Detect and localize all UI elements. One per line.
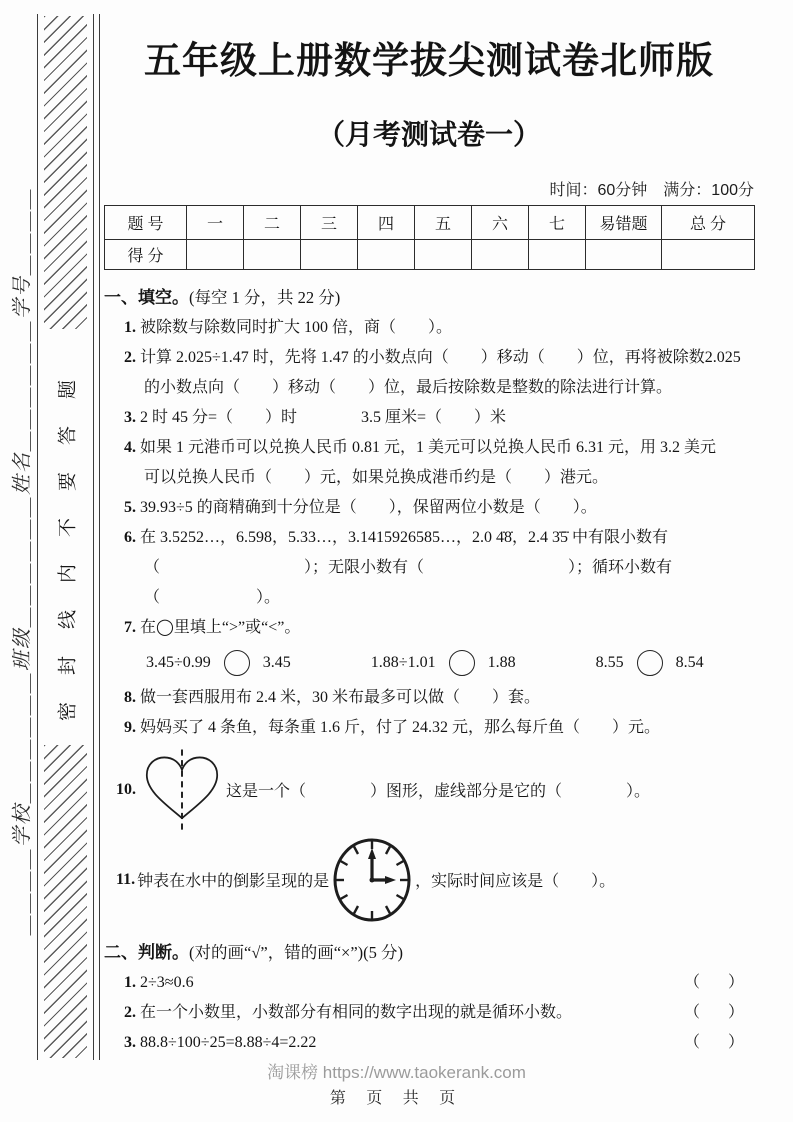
footer-brand: 淘课榜 https://www.taokerank.com (0, 1058, 793, 1083)
judge-q3-number: 3. (124, 1034, 136, 1051)
judge-q1-text: 1. 2÷3≈0.6 (124, 968, 194, 998)
score-header-cell: 五 (415, 205, 472, 239)
footer-page-label: 第 页 共 页 (0, 1085, 793, 1108)
score-header-cell: 三 (301, 205, 358, 239)
compare-circle-2 (449, 650, 475, 676)
q5-text: 39.93÷5 的商精确到十分位是（ ），保留两位小数是（ ）。 (140, 499, 597, 516)
score-cell-empty (662, 239, 755, 269)
score-cell-empty (415, 239, 472, 269)
fill-q4: 4.如果 1 元港币可以兑换人民币 0.81 元，1 美元可以兑换人民币 6.3… (104, 433, 754, 463)
fill-q11: 11. 钟表在水中的倒影呈现的是 (104, 835, 754, 925)
footer: 淘课榜 https://www.taokerank.com 第 页 共 页 (0, 1058, 793, 1108)
q9-number: 9. (124, 719, 140, 736)
q6-text-line2: （ ）；无限小数有（ ）；循环小数有 (144, 559, 672, 576)
judge-q1-number: 1. (124, 974, 136, 991)
q7-comp2-left: 1.88÷1.01 (371, 643, 436, 683)
compare-circle-1 (224, 650, 250, 676)
score-header-cell: 四 (358, 205, 415, 239)
clock-figure (329, 835, 415, 925)
fill-q6: 6.在 3.5252…，6.598，5.33…，3.1415926585…，2.… (104, 523, 754, 553)
judge-q1: 1. 2÷3≈0.6 （ ） (104, 968, 754, 998)
fill-q7: 7.在◯里填上“>”或“<”。 (104, 613, 754, 643)
q3-text: 2 时 45 分=（ ）时 3.5 厘米=（ ）米 (140, 409, 506, 426)
q4-text-line1: 如果 1 元港币可以兑换人民币 0.81 元，1 美元可以兑换人民币 6.31 … (140, 439, 716, 456)
q4-text-line2: 可以兑换人民币（ ）元，如果兑换成港币约是（ ）港元。 (144, 469, 608, 486)
judge-q3-statement: 88.8÷100÷25=8.88÷4=2.22 (140, 1034, 316, 1051)
section2-title: 二、判断。(对的画“√”，错的画“×”)(5 分) (104, 938, 754, 968)
q9-text: 妈妈买了 4 条鱼，每条重 1.6 斤，付了 24.32 元，那么每斤鱼（ ）元… (140, 719, 660, 736)
fill-q10: 10. 这是一个（ ）图形，虚线部分是它的（ ）。 (104, 747, 754, 833)
section2-note: (对的画“√”，错的画“×”)(5 分) (189, 943, 403, 962)
q6-text-line1: 在 3.5252…，6.598，5.33…，3.1415926585…，2.0 … (140, 529, 668, 546)
q10-number: 10. (116, 781, 138, 799)
score-cell-empty (358, 239, 415, 269)
fill-q5: 5.39.93÷5 的商精确到十分位是（ ），保留两位小数是（ ）。 (104, 493, 754, 523)
score-cell-empty (586, 239, 662, 269)
judge-q2-statement: 在一个小数里，小数部分有相同的数字出现的就是循环小数。 (140, 1004, 572, 1021)
q3-number: 3. (124, 409, 140, 426)
q6-text-line3: （ ）。 (144, 589, 280, 606)
time-score-meta: 时间：60分钟 满分：100分 (104, 177, 754, 200)
score-table-header-row: 题 号 一 二 三 四 五 六 七 易错题 总 分 (105, 205, 755, 239)
seal-warning-text: 密封线内不要答题 (52, 353, 79, 721)
q7-intro: 在◯里填上“>”或“<”。 (140, 619, 300, 636)
score-cell-empty (244, 239, 301, 269)
q7-comp3-right: 8.54 (676, 643, 704, 683)
q1-text: 被除数与除数同时扩大 100 倍，商（ ）。 (140, 319, 452, 336)
heart-symmetry-figure (138, 747, 226, 833)
q1-number: 1. (124, 319, 140, 336)
student-info-column: ＿＿＿＿学校＿＿＿＿＿＿班级＿＿＿＿＿＿姓名＿＿＿＿＿＿学号＿＿＿＿ (0, 0, 37, 1122)
judge-q3: 3. 88.8÷100÷25=8.88÷4=2.22 （ ） (104, 1028, 754, 1058)
q6-number: 6. (124, 529, 140, 546)
score-header-cell: 二 (244, 205, 301, 239)
fill-q4-cont: 可以兑换人民币（ ）元，如果兑换成港币约是（ ）港元。 (104, 463, 754, 493)
fill-q1: 1.被除数与除数同时扩大 100 倍，商（ ）。 (104, 313, 754, 343)
score-table-score-row: 得 分 (105, 239, 755, 269)
score-table: 题 号 一 二 三 四 五 六 七 易错题 总 分 得 分 (104, 205, 755, 270)
q4-number: 4. (124, 439, 140, 456)
q11-text-post: ，实际时间应该是（ ）。 (415, 868, 615, 891)
judge-q2-number: 2. (124, 1004, 136, 1021)
q8-number: 8. (124, 689, 140, 706)
fill-q9: 9.妈妈买了 4 条鱼，每条重 1.6 斤，付了 24.32 元，那么每斤鱼（ … (104, 713, 754, 743)
fill-q3: 3.2 时 45 分=（ ）时 3.5 厘米=（ ）米 (104, 403, 754, 433)
seal-band: 密封线内不要答题 (37, 14, 94, 1060)
section2-title-label: 二、判断。 (104, 943, 189, 962)
q7-comp1-left: 3.45÷0.99 (146, 643, 211, 683)
judge-q1-statement: 2÷3≈0.6 (140, 974, 194, 991)
seal-warning-wrap: 密封线内不要答题 (38, 331, 93, 743)
score-header-cell: 一 (187, 205, 244, 239)
hatch-bottom (44, 745, 87, 1058)
paper-title: 五年级上册数学拔尖测试卷北师版 (104, 40, 754, 83)
score-cell-empty (472, 239, 529, 269)
section1-note: (每空 1 分，共 22 分) (189, 288, 340, 307)
q7-number: 7. (124, 619, 140, 636)
q10-text: 这是一个（ ）图形，虚线部分是它的（ ）。 (226, 778, 650, 801)
main-content: 五年级上册数学拔尖测试卷北师版 （月考测试卷一） 时间：60分钟 满分：100分… (104, 0, 754, 1058)
fill-q2-cont: 的小数点向（ ）移动（ ）位，最后按除数是整数的除法进行计算。 (104, 373, 754, 403)
compare-circle-3 (637, 650, 663, 676)
score-header-cell: 易错题 (586, 205, 662, 239)
q7-comp1-right: 3.45 (263, 643, 291, 683)
q7-comp2-right: 1.88 (488, 643, 516, 683)
section1-title-label: 一、填空。 (104, 288, 189, 307)
score-cell-empty (301, 239, 358, 269)
q2-text-line1: 计算 2.025÷1.47 时，先将 1.47 的小数点向（ ）移动（ ）位，再… (140, 349, 741, 366)
hatch-top (44, 16, 87, 329)
q7-comp3-left: 8.55 (596, 643, 624, 683)
q2-text-line2: 的小数点向（ ）移动（ ）位，最后按除数是整数的除法进行计算。 (144, 379, 672, 396)
test-paper-page: ＿＿＿＿学校＿＿＿＿＿＿班级＿＿＿＿＿＿姓名＿＿＿＿＿＿学号＿＿＿＿ 密封线内不… (0, 0, 793, 1122)
section1-title: 一、填空。(每空 1 分，共 22 分) (104, 283, 754, 313)
judge-q3-text: 3. 88.8÷100÷25=8.88÷4=2.22 (124, 1028, 316, 1058)
judge-q2-text: 2. 在一个小数里，小数部分有相同的数字出现的就是循环小数。 (124, 998, 572, 1028)
fill-q8: 8.做一套西服用布 2.4 米，30 米布最多可以做（ ）套。 (104, 683, 754, 713)
fill-q2: 2.计算 2.025÷1.47 时，先将 1.47 的小数点向（ ）移动（ ）位… (104, 343, 754, 373)
q11-text-pre: 钟表在水中的倒影呈现的是 (137, 868, 329, 891)
paper-subtitle: （月考测试卷一） (104, 113, 754, 153)
judge-q2-answer-bracket: （ ） (684, 998, 754, 1028)
score-cell-empty (187, 239, 244, 269)
score-header-cell: 六 (472, 205, 529, 239)
q7-comparisons: 3.45÷0.993.45 1.88÷1.011.88 8.558.54 (104, 643, 754, 683)
fill-q6-cont1: （ ）；无限小数有（ ）；循环小数有 (104, 553, 754, 583)
fill-q6-cont2: （ ）。 (104, 583, 754, 613)
score-header-cell: 七 (529, 205, 586, 239)
q5-number: 5. (124, 499, 140, 516)
q8-text: 做一套西服用布 2.4 米，30 米布最多可以做（ ）套。 (140, 689, 540, 706)
score-header-cell: 总 分 (662, 205, 755, 239)
score-cell-empty (529, 239, 586, 269)
q2-number: 2. (124, 349, 140, 366)
judge-q2: 2. 在一个小数里，小数部分有相同的数字出现的就是循环小数。 （ ） (104, 998, 754, 1028)
student-info-fields: ＿＿＿＿学校＿＿＿＿＿＿班级＿＿＿＿＿＿姓名＿＿＿＿＿＿学号＿＿＿＿ (6, 187, 35, 935)
score-header-cell: 题 号 (105, 205, 187, 239)
judge-q1-answer-bracket: （ ） (684, 968, 754, 998)
judge-q3-answer-bracket: （ ） (684, 1028, 754, 1058)
q11-number: 11. (116, 871, 137, 889)
score-row-label: 得 分 (105, 239, 187, 269)
